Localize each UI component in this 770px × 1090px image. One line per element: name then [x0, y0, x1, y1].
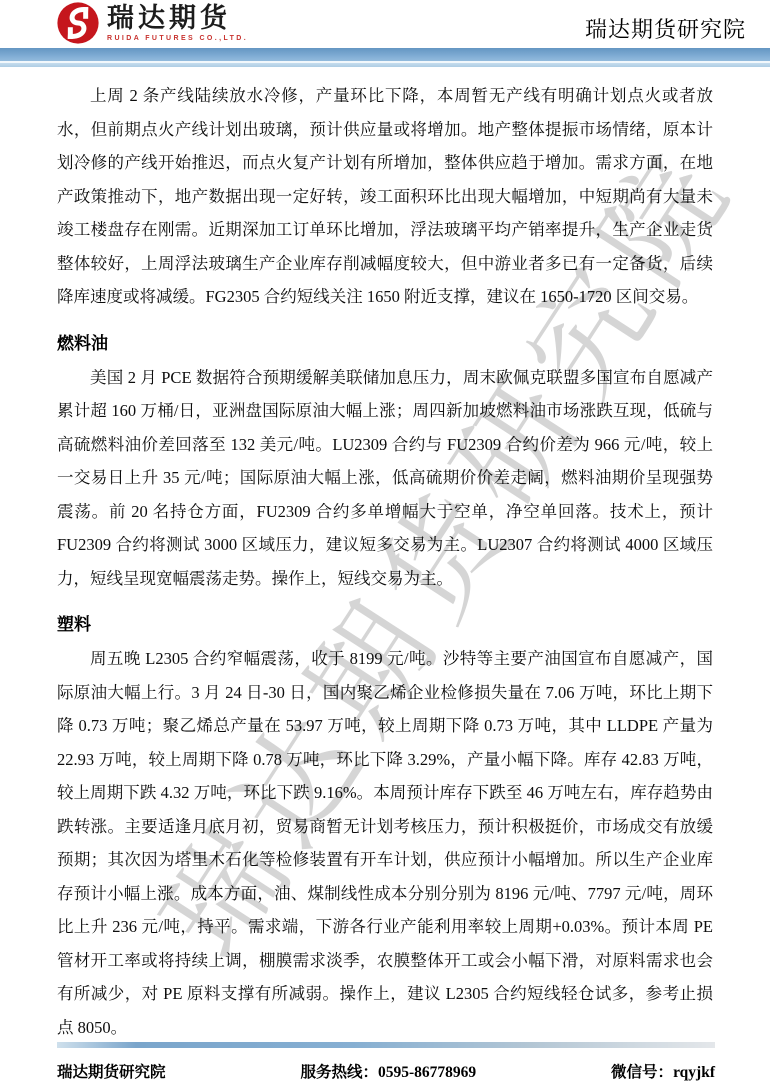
section-title-plastic: 塑料 — [57, 608, 713, 641]
report-page: 瑞达期货 RUIDA FUTURES CO.,LTD. 瑞达期货研究院 瑞达期货… — [0, 0, 770, 1090]
paragraph-glass: 上周 2 条产线陆续放水冷修，产量环比下降，本周暂无产线有明确计划点火或者放水，… — [57, 79, 713, 314]
footer-wechat-id: rqyjkf — [673, 1064, 715, 1081]
footer-wechat-label: 微信号： — [611, 1064, 673, 1081]
brand-logo: 瑞达期货 RUIDA FUTURES CO.,LTD. — [55, 0, 248, 46]
header-band-main — [0, 48, 770, 61]
brand-subtitle: RUIDA FUTURES CO.,LTD. — [107, 35, 248, 42]
footer-row: 瑞达期货研究院 服务热线：0595-86778969 微信号：rqyjkf — [57, 1060, 715, 1082]
footer-hotline: 服务热线：0595-86778969 — [300, 1060, 476, 1082]
page-footer: 瑞达期货研究院 服务热线：0595-86778969 微信号：rqyjkf — [57, 1042, 715, 1082]
footer-divider-bar — [57, 1042, 715, 1048]
section-title-fuel-oil: 燃料油 — [57, 327, 713, 360]
brand-name: 瑞达期货 — [107, 5, 248, 32]
header-divider-bar — [0, 48, 770, 67]
footer-hotline-label: 服务热线： — [300, 1064, 378, 1081]
footer-institute: 瑞达期货研究院 — [57, 1060, 166, 1082]
header-band-light — [0, 63, 770, 67]
page-header: 瑞达期货 RUIDA FUTURES CO.,LTD. 瑞达期货研究院 — [0, 0, 770, 46]
footer-wechat: 微信号：rqyjkf — [611, 1060, 715, 1082]
paragraph-fuel-oil: 美国 2 月 PCE 数据符合预期缓解美联储加息压力，周末欧佩克联盟多国宣布自愿… — [57, 361, 713, 596]
institute-title: 瑞达期货研究院 — [585, 13, 746, 46]
brand-text: 瑞达期货 RUIDA FUTURES CO.,LTD. — [107, 5, 248, 42]
ruida-logo-icon — [55, 0, 101, 46]
paragraph-plastic: 周五晚 L2305 合约窄幅震荡，收于 8199 元/吨。沙特等主要产油国宣布自… — [57, 642, 713, 1044]
footer-hotline-number: 0595-86778969 — [378, 1064, 476, 1081]
report-body: 上周 2 条产线陆续放水冷修，产量环比下降，本周暂无产线有明确计划点火或者放水，… — [0, 67, 770, 1044]
